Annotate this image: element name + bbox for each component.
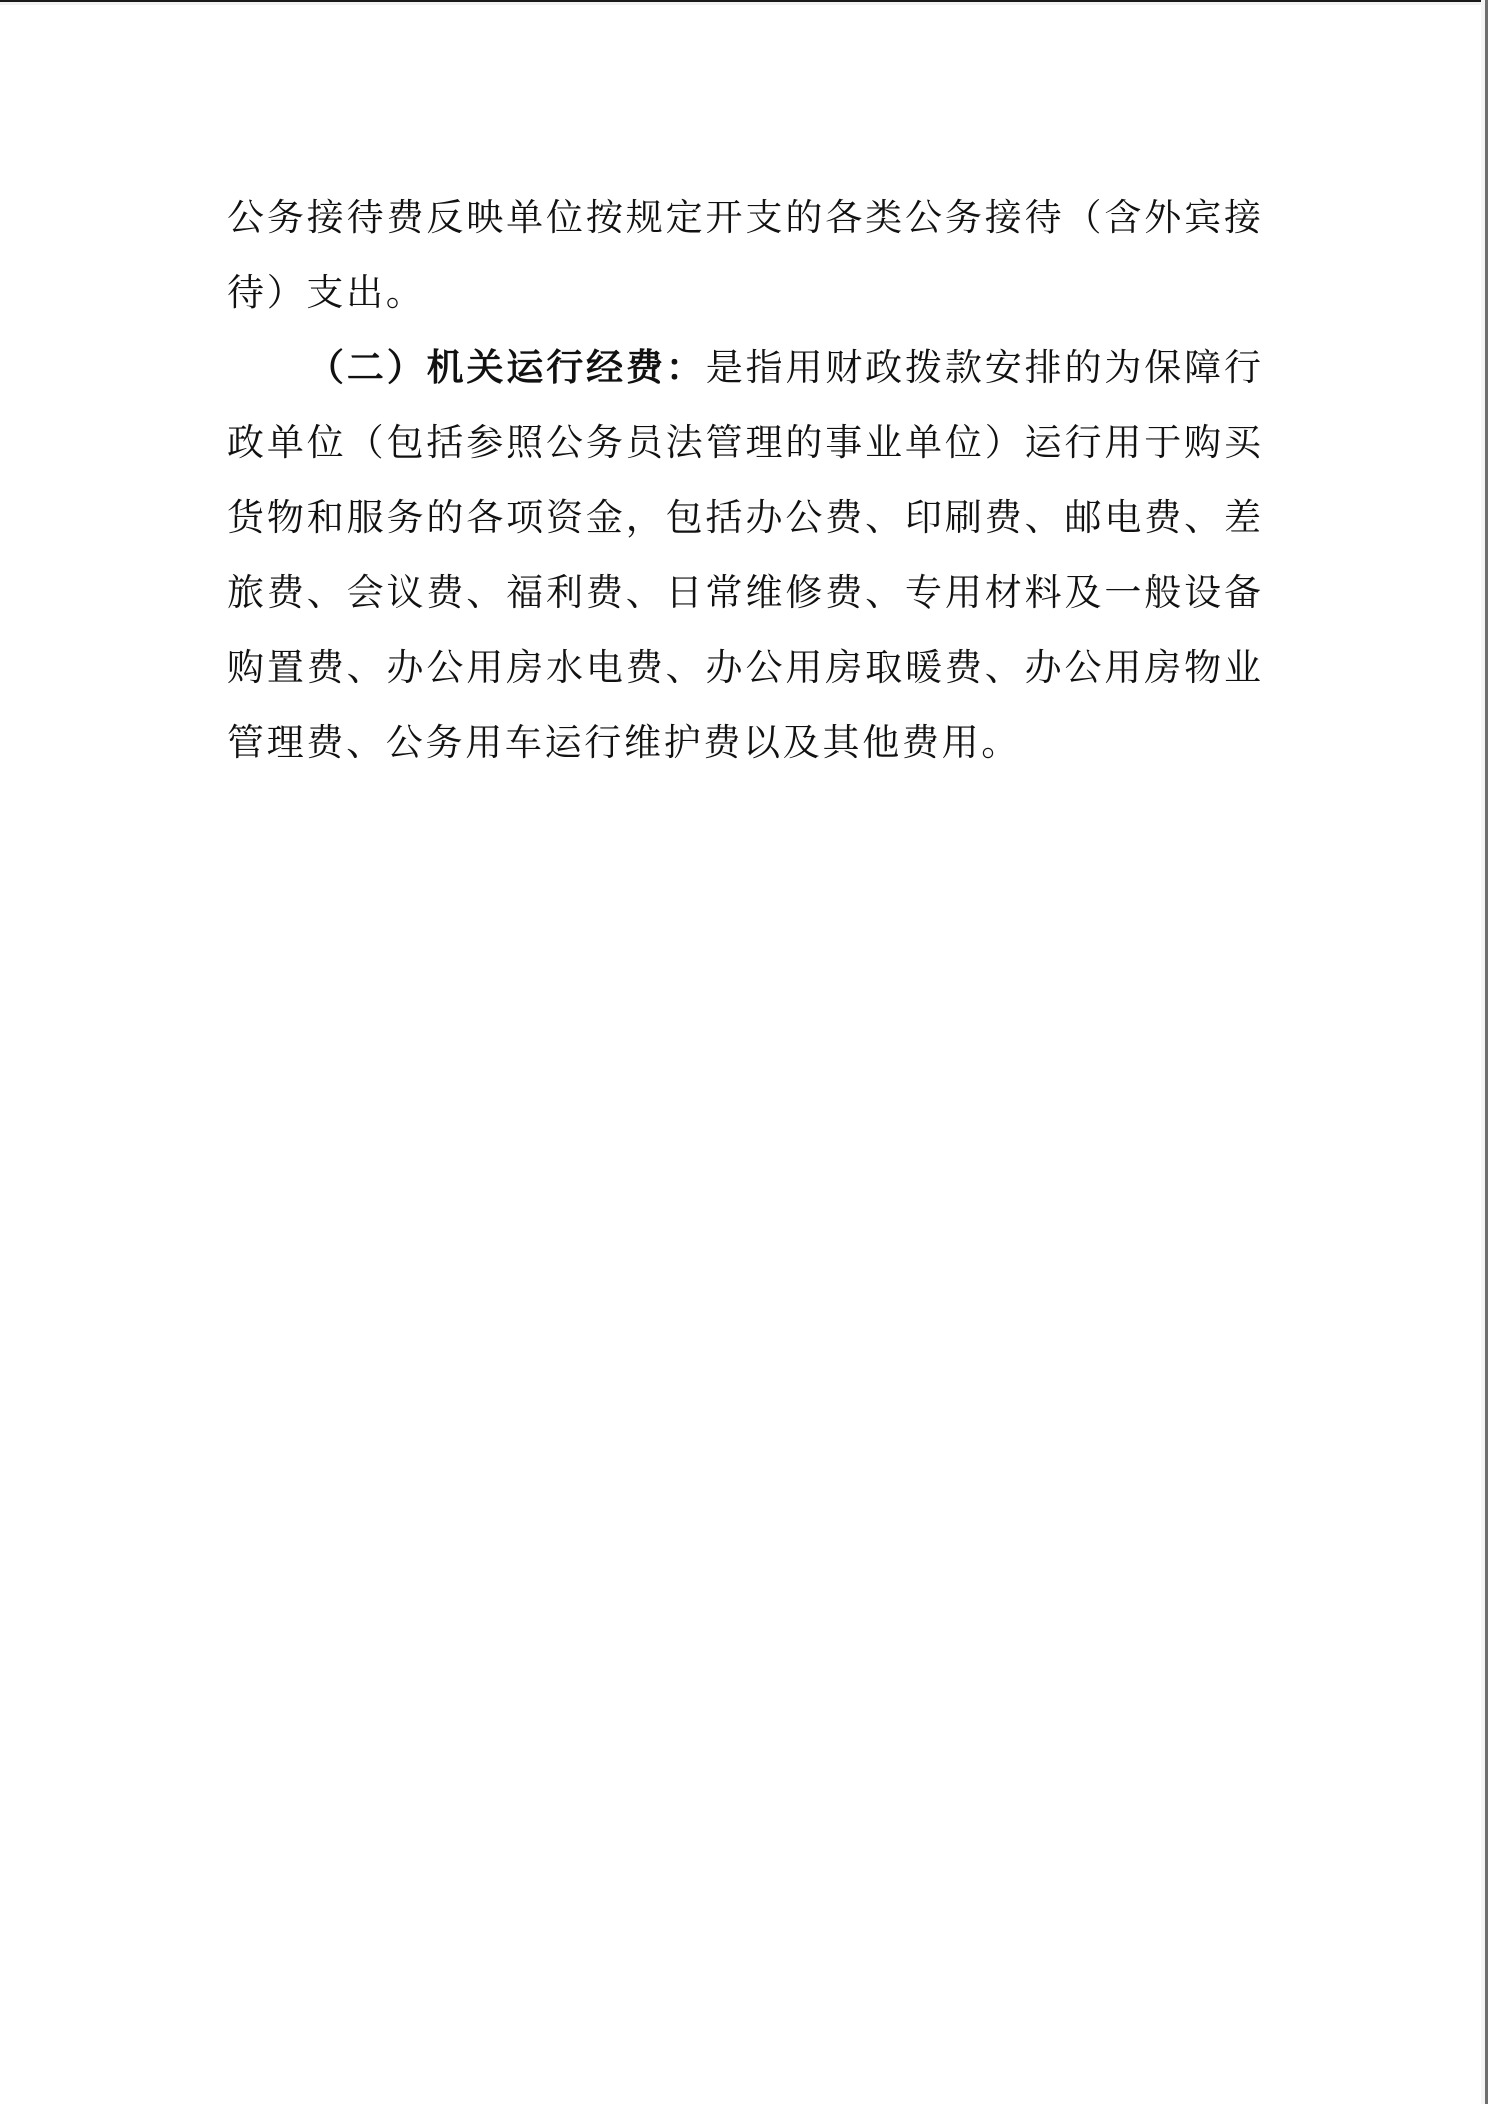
text-line: 货物和服务的各项资金，包括办公费、印刷费、邮电费、差	[227, 480, 1261, 555]
paragraph-operating-expenses: （二）机关运行经费：是指用财政拨款安排的为保障行 政单位（包括参照公务员法管理的…	[227, 330, 1261, 780]
text-line-with-heading: （二）机关运行经费：是指用财政拨款安排的为保障行	[227, 330, 1261, 405]
document-body: 公务接待费反映单位按规定开支的各类公务接待（含外宾接 待）支出。 （二）机关运行…	[227, 196, 1261, 796]
text-line: 购置费、办公用房水电费、办公用房取暖费、办公用房物业	[227, 630, 1261, 705]
text-line: 管理费、公务用车运行维护费以及其他费用。	[227, 705, 1261, 780]
text-line: 待）支出。	[227, 255, 1261, 330]
text-line: 公务接待费反映单位按规定开支的各类公务接待（含外宾接	[227, 180, 1261, 255]
paragraph-reception-expenses: 公务接待费反映单位按规定开支的各类公务接待（含外宾接 待）支出。	[227, 180, 1261, 330]
heading-continuation: 是指用财政拨款安排的为保障行	[706, 346, 1261, 389]
text-line: 旅费、会议费、福利费、日常维修费、专用材料及一般设备	[227, 555, 1261, 630]
page-top-shadow	[0, 2, 1488, 5]
text-line: 政单位（包括参照公务员法管理的事业单位）运行用于购买	[227, 405, 1261, 480]
section-heading: （二）机关运行经费：	[307, 345, 706, 389]
